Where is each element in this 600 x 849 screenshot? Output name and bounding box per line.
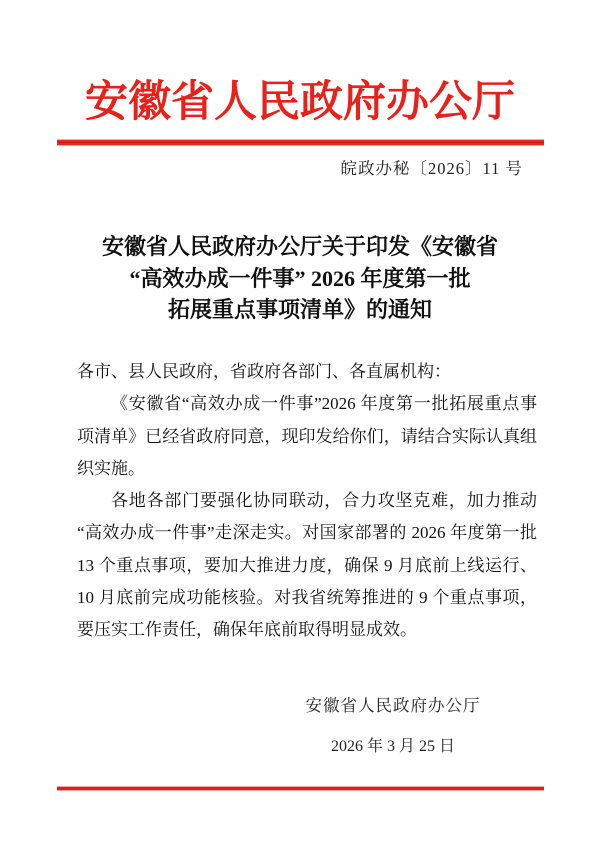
signature-date: 2026 年 3 月 25 日 — [293, 733, 493, 756]
document-number: 皖政办秘〔2026〕11 号 — [340, 155, 523, 179]
footer-divider-line — [57, 786, 544, 791]
issuing-org-masthead: 安徽省人民政府办公厅 — [0, 68, 600, 129]
official-notice-page: 安徽省人民政府办公厅 皖政办秘〔2026〕11 号 安徽省人民政府办公厅关于印发… — [0, 0, 600, 849]
signature-org: 安徽省人民政府办公厅 — [293, 692, 493, 716]
salutation-line: 各市、县人民政府，省政府各部门、各直属机构： — [77, 356, 537, 388]
notice-body: 各市、县人民政府，省政府各部门、各直属机构： 《安徽省“高效办成一件事”2026… — [77, 356, 537, 647]
masthead-divider-line — [57, 139, 544, 146]
notice-title: 安徽省人民政府办公厅关于印发《安徽省 “高效办成一件事” 2026 年度第一批 … — [30, 231, 570, 326]
body-paragraph: 各地各部门要强化协同联动，合力攻坚克难，加力推动“高效办成一件事”走深走实。对国… — [77, 485, 537, 646]
body-paragraph: 《安徽省“高效办成一件事”2026 年度第一批拓展重点事项清单》已经省政府同意，… — [77, 388, 537, 485]
signature-block: 安徽省人民政府办公厅 2026 年 3 月 25 日 — [293, 692, 493, 756]
